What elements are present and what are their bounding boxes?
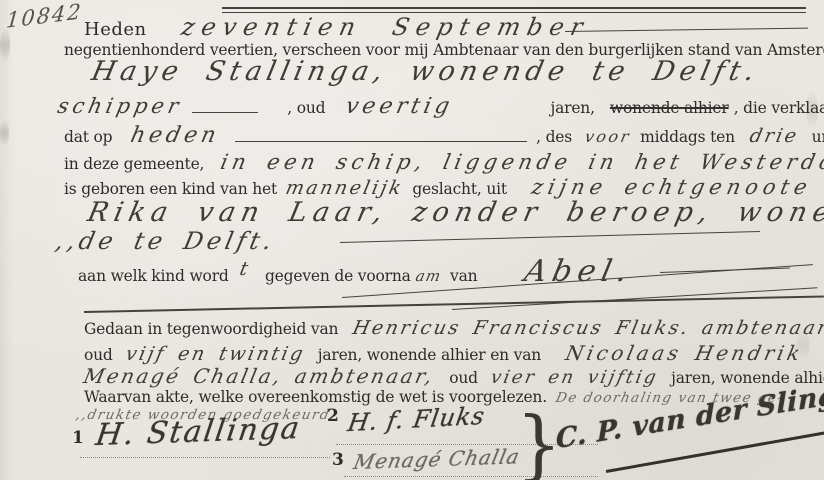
hour-handwritten: drie <box>748 125 801 147</box>
mother-name-handwritten: Rika van Laar, zonder beroep, wonen. <box>85 197 824 228</box>
naming-am-handwritten: am <box>414 267 443 285</box>
child-gender-line: is geboren een kind van het mannelijk ge… <box>64 175 812 199</box>
birth-place-line: in deze gemeente, in een schip, liggende… <box>64 150 824 174</box>
heden-label: Heden <box>84 19 147 40</box>
opening-line: Heden zeventien September <box>84 13 589 41</box>
geslacht-label: geslacht, uit <box>412 180 507 198</box>
mother-fill-rule <box>340 231 760 243</box>
declarant-name-line: Haye Stallinga, wonende te Delft. <box>92 56 759 87</box>
naming-t-handwritten: t <box>237 258 252 280</box>
occupation-fill-rule <box>192 112 258 113</box>
birth-date-line: dat op heden , des voor middags ten drie… <box>64 123 824 148</box>
mother-cont-line: ,,de te Delft. <box>56 227 275 255</box>
oud-label: , oud <box>287 99 325 117</box>
naming-line: aan welk kind word t gegeven de voorna a… <box>78 254 632 289</box>
naming-part2-label: gegeven de voorna <box>265 267 411 285</box>
signature-declarant: H. Stallinga <box>94 411 304 453</box>
signature-witness-1: H. f. Fluks <box>346 402 487 437</box>
geboren-label: is geboren een kind van het <box>64 180 277 198</box>
gemeente-label: in deze gemeente, <box>64 155 204 173</box>
witness-line-2: oud vijf en twintig jaren, wonende alhie… <box>84 341 803 365</box>
act-date-handwritten: zeventien September <box>179 13 592 41</box>
birth-certificate-scan: 10842 Heden zeventien September negentie… <box>0 0 824 480</box>
verklaarde-label: , die verklaarde, <box>734 99 824 117</box>
brace-mark: } <box>516 406 562 480</box>
declarant-occupation: schipper <box>55 94 184 118</box>
oud2-label: oud <box>449 369 478 387</box>
mid1-label: jaren, wonende alhier en van <box>318 346 541 364</box>
signature-index-3: 3 <box>332 450 344 470</box>
birth-place-handwritten: in een schip, liggende in het Westerdok <box>219 150 824 174</box>
ure-label: ure. <box>812 128 824 146</box>
struck-residence: wonende alhier <box>610 99 729 117</box>
des-label: , des <box>536 128 572 146</box>
witness1-age-handwritten: vijf en twintig <box>123 343 307 365</box>
middags-label: middags ten <box>640 128 735 146</box>
signature-witness-2: Menagé Challa <box>351 444 522 474</box>
signature-line-1 <box>80 457 330 458</box>
gedaan-label: Gedaan in tegenwoordigheid van <box>84 320 338 338</box>
witness-line-3: Menagé Challa, ambtenaar, oud vier en vi… <box>84 364 824 388</box>
mother-name-line: Rika van Laar, zonder beroep, wonen. <box>88 197 824 228</box>
daypart-handwritten: voor <box>583 127 633 146</box>
naming-part1-label: aan welk kind word <box>78 267 229 285</box>
signature-index-2: 2 <box>327 406 339 426</box>
signature-index-1: 1 <box>72 428 84 448</box>
jaren-label: jaren, <box>550 99 594 117</box>
top-rule <box>222 7 806 9</box>
witness1-name-handwritten: Henricus Franciscus Fluks. ambtenaar <box>351 317 824 339</box>
witness-line-1: Gedaan in tegenwoordigheid van Henricus … <box>84 317 824 339</box>
van-label: van <box>450 267 477 285</box>
declarant-detail-line: schipper , oud veertig jaren, wonende al… <box>58 94 824 119</box>
scan-artifact <box>0 120 9 146</box>
witness2-cont-handwritten: Menagé Challa, ambtenaar, <box>81 364 436 388</box>
witness2-age-handwritten: vier en vijftig <box>489 367 661 388</box>
scan-artifact <box>0 28 10 62</box>
birth-date-fill-rule <box>235 128 527 142</box>
mother-cont-handwritten: ,,de te Delft. <box>53 227 278 255</box>
oud1-label: oud <box>84 346 113 364</box>
declarant-name: Haye Stallinga, wonende te Delft. <box>89 56 762 87</box>
witness2-name-handwritten: Nicolaas Hendrik <box>564 341 806 365</box>
registry-number-text: 10842 <box>5 0 83 33</box>
declarant-age: veertig <box>344 94 456 119</box>
section-rule <box>84 296 824 313</box>
date-fill-rule <box>565 28 808 32</box>
registry-number: 10842 <box>5 0 84 33</box>
gender-handwritten: mannelijk <box>284 177 406 199</box>
dat-op-label: dat op <box>64 128 112 146</box>
mother-relation-handwritten: zijne echtgenoote <box>529 175 814 199</box>
birth-date-handwritten: heden <box>129 123 223 148</box>
